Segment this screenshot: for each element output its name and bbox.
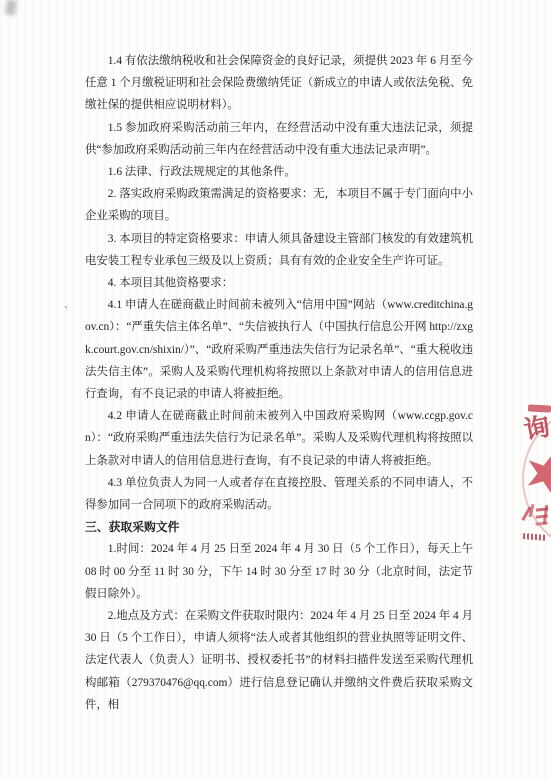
clause-4-3: 4.3 单位负责人为同一人或者存在直接控股、管理关系的不同申请人，不得参加同一合… <box>85 472 473 516</box>
seal-stroke-top <box>528 404 551 412</box>
clause-1-6: 1.6 法律、行政法规规定的其他条件。 <box>85 161 473 183</box>
clause-2: 2. 落实政府采购政策需满足的资格要求：无，本项目不属于专门面向中小企业采购的项… <box>85 183 473 227</box>
clause-4-2: 4.2 申请人在磋商截止时间前未被列入中国政府采购网（www.ccgp.gov.… <box>85 405 473 472</box>
scanned-document-page: 1.4 有依法缴纳税收和社会保障资金的良好记录，须提供 2023 年 6 月至今… <box>0 0 551 780</box>
clause-3: 3. 本项目的特定资格要求：申请人须具备建设主管部门核发的有效建筑机电安装工程专… <box>85 228 473 272</box>
obtain-time-paragraph: 1.时间：2024 年 4 月 25 日至 2024 年 4 月 30 日（5 … <box>85 538 473 605</box>
obtain-place-method-paragraph: 2.地点及方式：在采购文件获取时限内：2024 年 4 月 25 日至 2024… <box>85 605 473 716</box>
clause-4-1: 4.1 申请人在磋商截止时间前未被列入“信用中国”网站（www.creditch… <box>85 294 473 405</box>
seal-star-icon: ★ <box>514 439 551 506</box>
section-heading-obtain-documents: 三、获取采购文件 <box>85 516 473 538</box>
clause-4: 4. 本项目其他资格要求： <box>85 272 473 294</box>
document-body: 1.4 有依法缴纳税收和社会保障资金的良好记录，须提供 2023 年 6 月至今… <box>85 50 473 716</box>
seal-stroke-bottom <box>523 533 547 541</box>
clause-1-5: 1.5 参加政府采购活动前三年内，在经营活动中没有重大违法记录，须提供“参加政府… <box>85 117 473 161</box>
clause-1-4: 1.4 有依法缴纳税收和社会保障资金的良好记录，须提供 2023 年 6 月至今… <box>85 50 473 117</box>
scan-margin-artifact: 、 <box>64 296 74 311</box>
scan-smudge <box>5 0 17 16</box>
